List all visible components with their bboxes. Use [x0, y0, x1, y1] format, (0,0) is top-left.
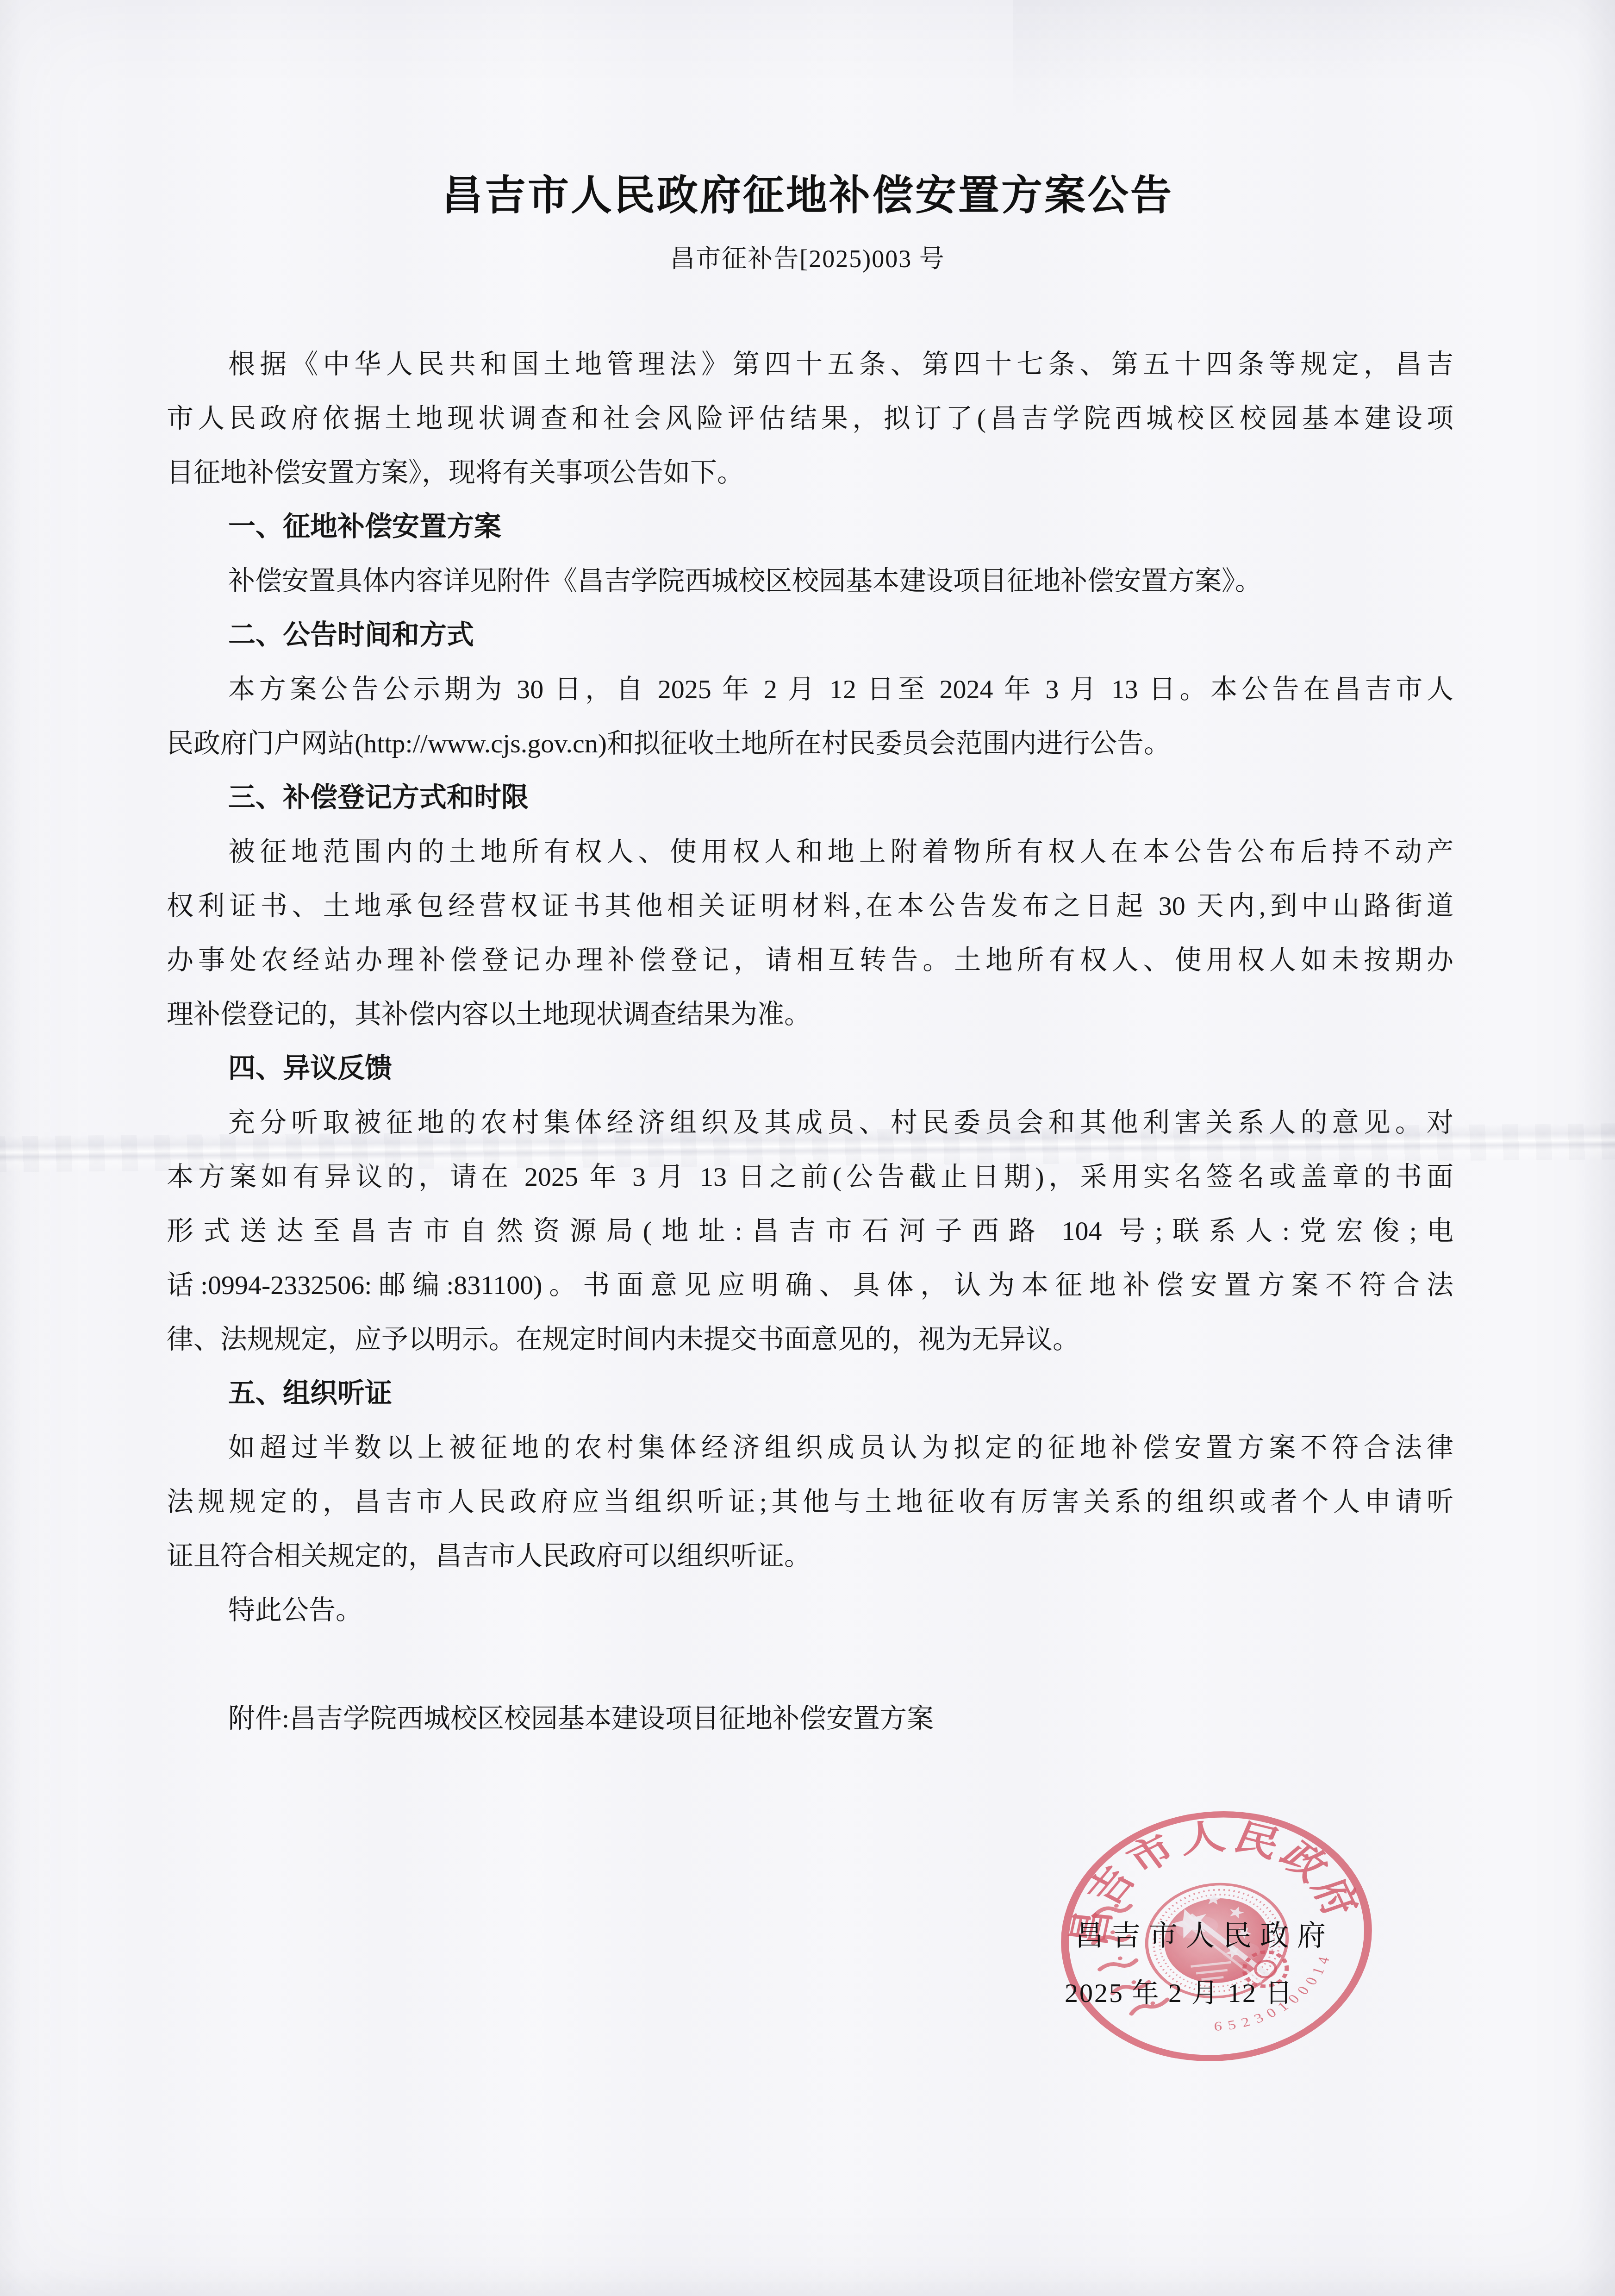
document-line: 目征地补偿安置方案》，现将有关事项公告如下。 — [167, 445, 1453, 500]
document-line: 律、法规规定，应予以明示。在规定时间内未提交书面意见的，视为无异议。 — [167, 1312, 1453, 1366]
paper-bottom-shadow — [0, 2268, 1615, 2296]
section-heading: 三、补偿登记方式和时限 — [167, 770, 1453, 825]
document-line: 办事处农经站办理补偿登记办理补偿登记，请相互转告。土地所有权人、使用权人如未按期… — [167, 933, 1453, 987]
blank-line — [167, 1637, 1453, 1691]
section-heading: 四、异议反馈 — [167, 1041, 1453, 1095]
document-line: 根据《中华人民共和国土地管理法》第四十五条、第四十七条、第五十四条等规定，昌吉 — [167, 337, 1453, 391]
section-heading: 五、组织听证 — [167, 1366, 1453, 1420]
document-line: 本方案公告公示期为 30 日，自 2025 年 2 月 12 日至 2024 年… — [167, 662, 1453, 716]
paper-corner-shading — [1013, 0, 1615, 139]
document-line: 法规规定的，昌吉市人民政府应当组织听证;其他与土地征收有厉害关系的组织或者个人申… — [167, 1475, 1453, 1529]
section-heading: 一、征地补偿安置方案 — [167, 500, 1453, 554]
document-title: 昌吉市人民政府征地补偿安置方案公告 — [0, 170, 1615, 221]
document-line: 被征地范围内的土地所有权人、使用权人和地上附着物所有权人在本公告公布后持不动产 — [167, 825, 1453, 879]
signature-date: 2025 年 2 月 12 日 — [1065, 1976, 1294, 2010]
attachment-line: 附件:昌吉学院西城校区校园基本建设项目征地补偿安置方案 — [167, 1691, 1453, 1745]
document-body: 根据《中华人民共和国土地管理法》第四十五条、第四十七条、第五十四条等规定，昌吉 … — [167, 337, 1453, 1745]
document-line: 特此公告。 — [167, 1583, 1453, 1637]
section-heading: 二、公告时间和方式 — [167, 608, 1453, 662]
document-line: 理补偿登记的，其补偿内容以土地现状调查结果为准。 — [167, 987, 1453, 1041]
document-line: 民政府门户网站(http://www.cjs.gov.cn)和拟征收土地所在村民… — [167, 716, 1453, 770]
document-line: 市人民政府依据土地现状调查和社会风险评估结果，拟订了(昌吉学院西城校区校园基本建… — [167, 391, 1453, 445]
signature-issuer: 昌吉市人民政府 — [1075, 1919, 1334, 1954]
scanned-document-page: 昌吉市人民政府征地补偿安置方案公告 昌市征补告[2025)003 号 根据《中华… — [0, 0, 1615, 2296]
document-line: 话:0994-2332506:邮编:831100)。书面意见应明确、具体，认为本… — [167, 1258, 1453, 1312]
document-line: 如超过半数以上被征地的农村集体经济组织成员认为拟定的征地补偿安置方案不符合法律 — [167, 1420, 1453, 1475]
document-line: 权利证书、土地承包经营权证书其他相关证明材料,在本公告发布之日起 30 天内,到… — [167, 879, 1453, 933]
document-line: 证且符合相关规定的，昌吉市人民政府可以组织听证。 — [167, 1529, 1453, 1583]
document-line: 补偿安置具体内容详见附件《昌吉学院西城校区校园基本建设项目征地补偿安置方案》。 — [167, 554, 1453, 608]
document-number: 昌市征补告[2025)003 号 — [0, 239, 1615, 279]
document-line: 形式送达至昌吉市自然资源局(地址:昌吉市石河子西路 104 号;联系人:党宏俊;… — [167, 1204, 1453, 1258]
